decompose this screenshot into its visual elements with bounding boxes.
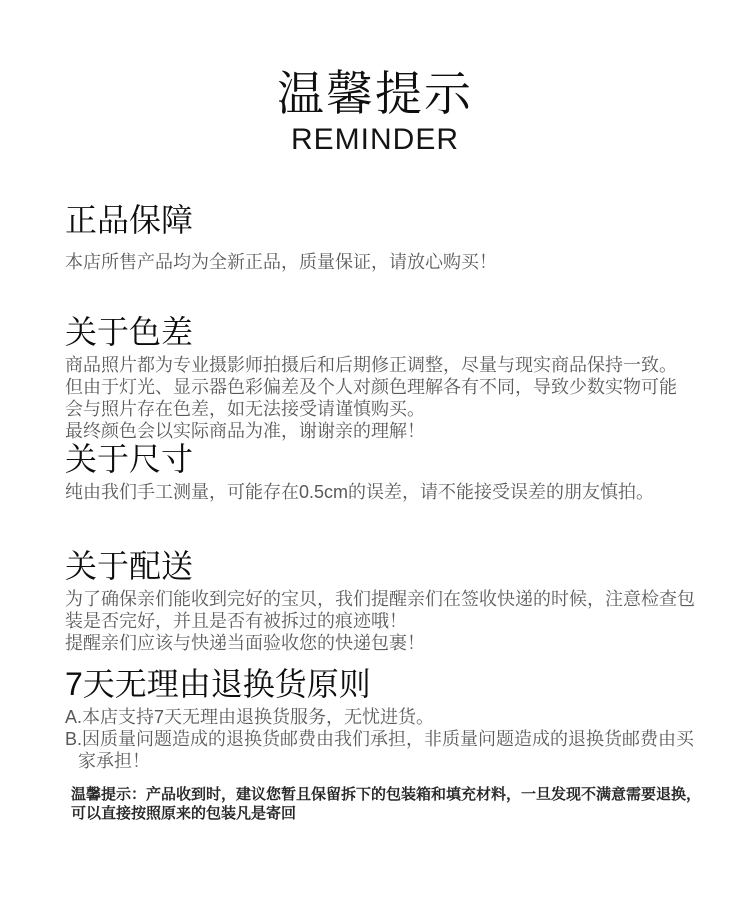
- body-text-line: 但由于灯光、显示器色彩偏差及个人对颜色理解各有不同，导致少数实物可能: [65, 376, 690, 398]
- body-text-line: 为了确保亲们能收到完好的宝贝，我们提醒亲们在签收快递的时候，注意检查包: [65, 588, 690, 610]
- section-heading: 关于尺寸: [65, 442, 690, 477]
- notice-section-4: 关于配送 为了确保亲们能收到完好的宝贝，我们提醒亲们在签收快递的时候，注意检查包…: [65, 549, 690, 654]
- notice-section-1: 正品保障 本店所售产品均为全新正品，质量保证，请放心购买！: [65, 203, 690, 273]
- section-body: 商品照片都为专业摄影师拍摄后和后期修正调整，尽量与现实商品保持一致。 但由于灯光…: [65, 354, 690, 442]
- footer-note: 温馨提示：产品收到时，建议您暂且保留拆下的包装箱和填充材料，一旦发现不满意需要退…: [65, 785, 690, 823]
- body-text-line: 纯由我们手工测量，可能存在0.5cm的误差，请不能接受误差的朋友慎拍。: [65, 481, 690, 503]
- section-body: A.本店支持7天无理由退换货服务，无忧进货。 B.因质量问题造成的退换货邮费由我…: [65, 706, 690, 772]
- footer-note-line: 可以直接按照原来的包装凡是寄回: [71, 804, 690, 823]
- body-text-line: A.本店支持7天无理由退换货服务，无忧进货。: [65, 706, 690, 728]
- section-heading: 关于配送: [65, 549, 690, 584]
- notice-section-3: 关于尺寸 纯由我们手工测量，可能存在0.5cm的误差，请不能接受误差的朋友慎拍。: [65, 442, 690, 503]
- reminder-notice-page: 温馨提示 REMINDER 正品保障 本店所售产品均为全新正品，质量保证，请放心…: [0, 0, 750, 900]
- notice-section-2: 关于色差 商品照片都为专业摄影师拍摄后和后期修正调整，尽量与现实商品保持一致。 …: [65, 315, 690, 442]
- footer-note-line: 温馨提示：产品收到时，建议您暂且保留拆下的包装箱和填充材料，一旦发现不满意需要退…: [71, 785, 690, 804]
- body-text-line: 装是否完好，并且是否有被拆过的痕迹哦！: [65, 610, 690, 632]
- body-text-line: 提醒亲们应该与快递当面验收您的快递包裹！: [65, 632, 690, 654]
- section-heading: 正品保障: [65, 203, 690, 238]
- notice-sections: 正品保障 本店所售产品均为全新正品，质量保证，请放心购买！ 关于色差 商品照片都…: [0, 203, 750, 823]
- page-subtitle: REMINDER: [0, 125, 750, 155]
- body-text-line: 商品照片都为专业摄影师拍摄后和后期修正调整，尽量与现实商品保持一致。: [65, 354, 690, 376]
- notice-section-5: 7天无理由退换货原则 A.本店支持7天无理由退换货服务，无忧进货。 B.因质量问…: [65, 667, 690, 772]
- title-block: 温馨提示 REMINDER: [0, 70, 750, 155]
- section-body: 纯由我们手工测量，可能存在0.5cm的误差，请不能接受误差的朋友慎拍。: [65, 481, 690, 503]
- page-title: 温馨提示: [0, 70, 750, 117]
- body-text-line: B.因质量问题造成的退换货邮费由我们承担，非质量问题造成的退换货邮费由买: [65, 728, 690, 750]
- section-heading: 关于色差: [65, 315, 690, 350]
- body-text-line: 会与照片存在色差，如无法接受请谨慎购买。: [65, 398, 690, 420]
- body-text-line: 家承担！: [65, 750, 690, 772]
- section-heading: 7天无理由退换货原则: [65, 667, 690, 702]
- body-text-line: 本店所售产品均为全新正品，质量保证，请放心购买！: [65, 251, 690, 273]
- section-body: 为了确保亲们能收到完好的宝贝，我们提醒亲们在签收快递的时候，注意检查包 装是否完…: [65, 588, 690, 654]
- body-text-line: 最终颜色会以实际商品为准，谢谢亲的理解！: [65, 420, 690, 442]
- section-body: 本店所售产品均为全新正品，质量保证，请放心购买！: [65, 251, 690, 273]
